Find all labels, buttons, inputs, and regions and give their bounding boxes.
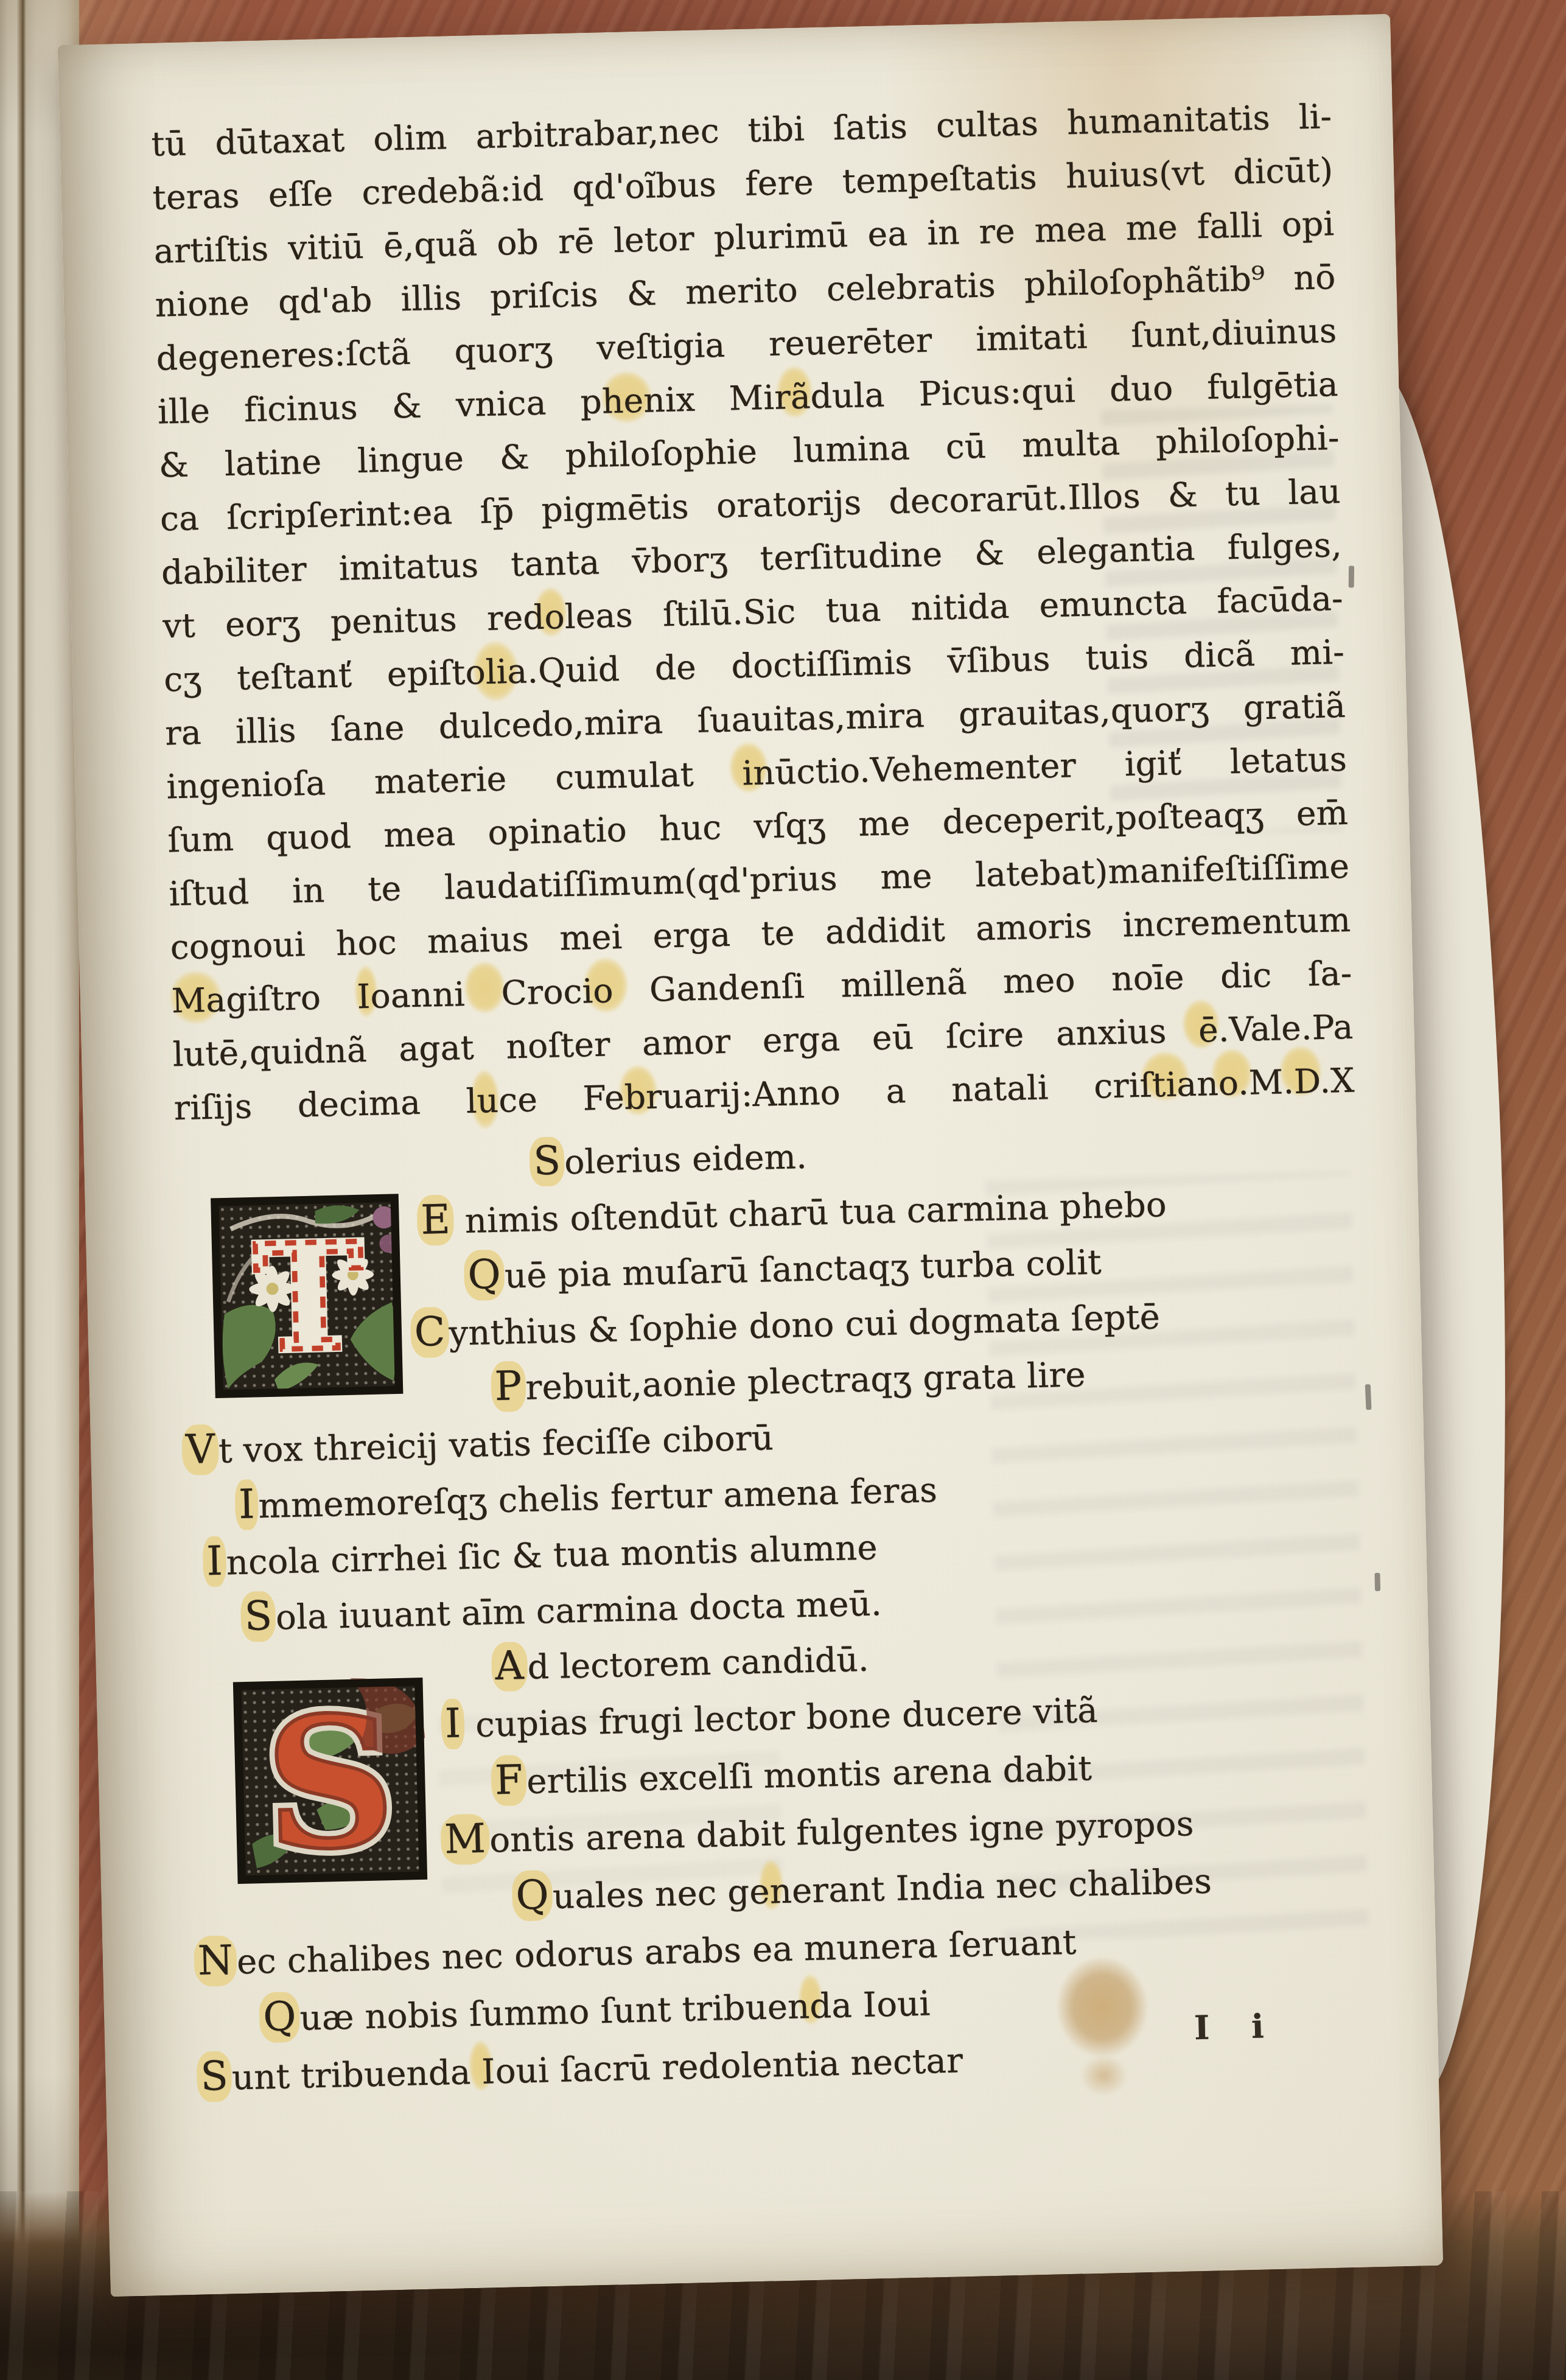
page-stain bbox=[1055, 1956, 1149, 2058]
svg-text:T: T bbox=[253, 1211, 365, 1384]
book-page: tū dūtaxat olim arbitrabar,nec tibi ſati… bbox=[58, 14, 1444, 2297]
quire-signature: I i bbox=[1194, 2006, 1265, 2047]
decorated-initial-S: S S bbox=[232, 1676, 428, 1886]
poem-line: Vt vox threicij vatis feciſſe ciborū bbox=[181, 1409, 774, 1477]
poem-line: Nec chalibes nec odorus arabs ea munera … bbox=[194, 1914, 1077, 1988]
bleed-mark bbox=[1374, 1573, 1380, 1591]
poem-line: Quæ nobis ſummo ſunt tribuenda Ioui bbox=[259, 1975, 931, 2044]
page-stain-small bbox=[1079, 2054, 1129, 2098]
bleed-mark bbox=[1365, 1384, 1372, 1410]
bleed-mark bbox=[1349, 565, 1354, 587]
decorated-initial-T: T T bbox=[209, 1193, 404, 1399]
